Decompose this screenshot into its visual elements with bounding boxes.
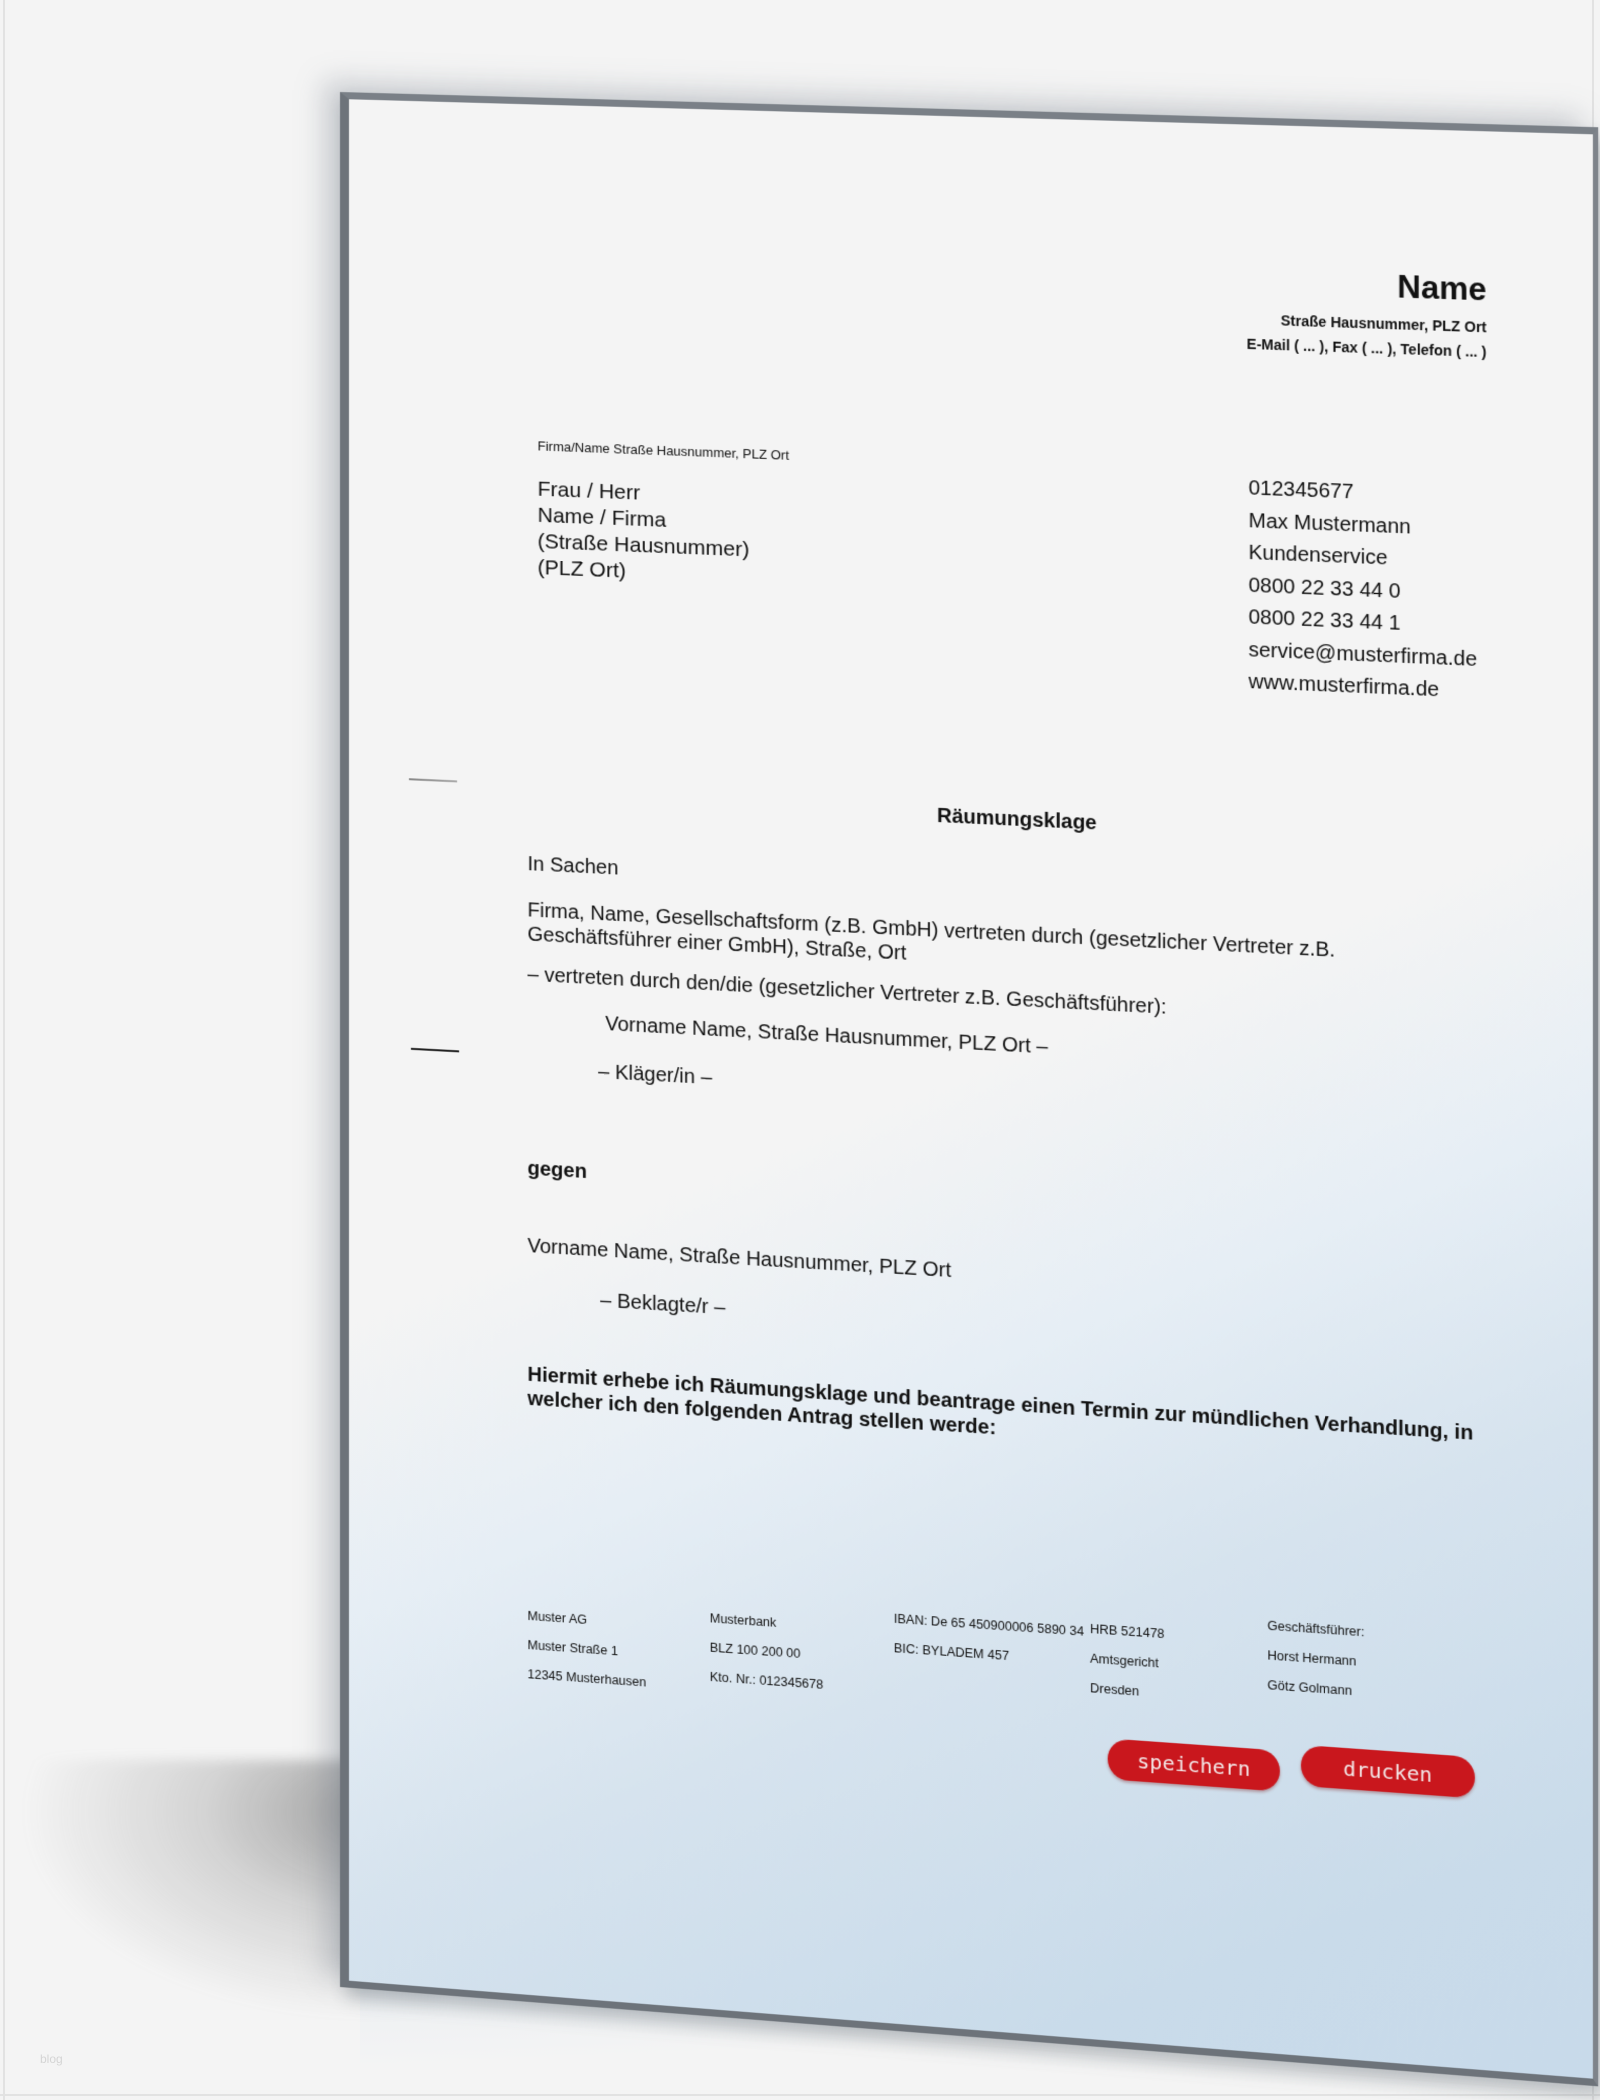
defendant-address: Vorname Name, Straße Hausnummer, PLZ Ort [527, 1235, 951, 1283]
versus-label: gegen [527, 1158, 586, 1185]
frame-border-bottom [0, 2094, 1600, 2096]
sender-name: Name [1397, 269, 1486, 309]
plaintiff-role: – Kläger/in – [598, 1061, 712, 1090]
in-sachen: In Sachen [527, 853, 618, 881]
fold-mark [409, 778, 457, 782]
save-button[interactable]: speichern [1108, 1738, 1280, 1791]
footer-line: Dresden [1090, 1674, 1164, 1709]
footer-register: HRB 521478 Amtsgericht Dresden [1090, 1615, 1164, 1709]
plaintiff-address: Vorname Name, Straße Hausnummer, PLZ Ort… [605, 1013, 1048, 1060]
document-title: Räumungsklage [937, 805, 1097, 836]
footer-management: Geschäftsführer: Horst Hermann Götz Golm… [1267, 1611, 1364, 1707]
return-address: Firma/Name Straße Hausnummer, PLZ Ort [538, 438, 789, 463]
footer-iban: IBAN: De 65 450900006 5890 34 BIC: BYLAD… [894, 1604, 1084, 1676]
sender-address: Straße Hausnummer, PLZ Ort [1281, 312, 1487, 335]
footer-line: Götz Golmann [1267, 1671, 1364, 1707]
footer-company: Muster AG Muster Straße 1 12345 Musterha… [527, 1602, 646, 1698]
defendant-role: – Beklagte/r – [600, 1290, 725, 1321]
watermark: blog [40, 2052, 63, 2066]
document-page: Name Straße Hausnummer, PLZ Ort E-Mail (… [340, 92, 1598, 2086]
punch-mark [411, 1048, 459, 1053]
contact-block: 012345677 Max Mustermann Kundenservice 0… [1249, 473, 1478, 709]
request-paragraph: Hiermit erhebe ich Räumungsklage und bea… [527, 1363, 1473, 1471]
frame-border-left [3, 0, 5, 2100]
footer-bank: Musterbank BLZ 100 200 00 Kto. Nr.: 0123… [710, 1604, 823, 1700]
print-button[interactable]: drucken [1301, 1745, 1475, 1799]
sender-contact: E-Mail ( ... ), Fax ( ... ), Telefon ( .… [1247, 336, 1487, 361]
document-preview: Name Straße Hausnummer, PLZ Ort E-Mail (… [340, 92, 1598, 2086]
recipient-address: Frau / Herr Name / Firma (Straße Hausnum… [538, 477, 750, 590]
